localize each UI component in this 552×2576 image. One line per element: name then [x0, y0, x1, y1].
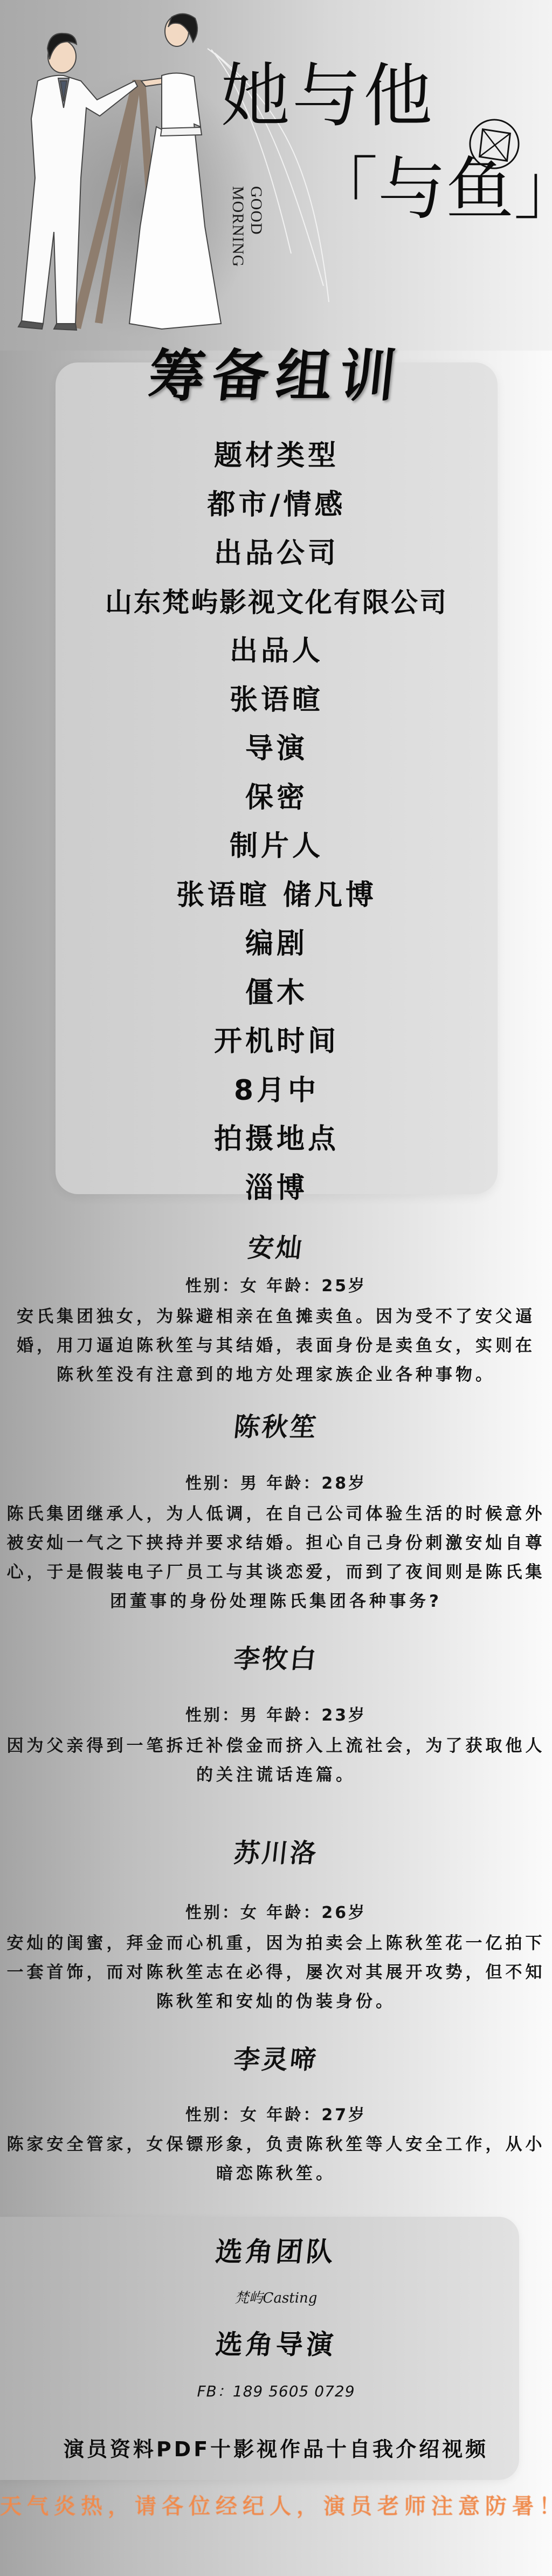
character-name: 李牧白: [0, 1646, 552, 1672]
crew-info-list: 题材类型 都市/情感 出品公司 山东梵屿影视文化有限公司 出品人 张语暄 导演 …: [56, 431, 498, 1212]
description-line: 的关注谎话连篇。: [4, 1760, 548, 1790]
description-line: 安氏集团独女，为躲避相亲在鱼摊卖鱼。因为受不了安父逼: [4, 1302, 548, 1331]
crew-label-line-producer: 制片人: [56, 822, 498, 871]
character-name: 安灿: [0, 1235, 552, 1261]
description-line: 团董事的身份处理陈氏集团各种事务?: [4, 1587, 548, 1616]
good-morning-tagline: GOOD MORNING: [229, 186, 265, 267]
character-card: 安灿 性别：女 年龄：25岁 安氏集团独女，为躲避相亲在鱼摊卖鱼。因为受不了安父…: [0, 1235, 552, 1389]
crew-label-company: 出品公司: [56, 529, 498, 578]
character-meta: 性别：女 年龄：27岁: [0, 2107, 552, 2123]
crew-label-producer: 出品人: [56, 627, 498, 676]
tagline-good: GOOD: [247, 186, 265, 235]
character-description: 陈氏集团继承人，为人低调，在自己公司体验生活的时候意外 被安灿一气之下挟持并要求…: [4, 1499, 548, 1616]
character-card: 李牧白 性别：男 年龄：23岁 因为父亲得到一笔拆迁补偿金而挤入上流社会，为了获…: [0, 1646, 552, 1790]
crew-label-writer: 编剧: [56, 920, 498, 969]
character-card: 苏川洛 性别：女 年龄：26岁 安灿的闺蜜，拜金而心机重，因为拍卖会上陈秋笙花一…: [0, 1840, 552, 2016]
character-card: 李灵啼 性别：女 年龄：27岁 陈家安全管家，女保镖形象，负责陈秋笙等人安全工作…: [0, 2047, 552, 2188]
crew-value-company: 山东梵屿影视文化有限公司: [56, 578, 498, 627]
heat-notice: 天气炎热，请各位经纪人，演员老师注意防暑！: [0, 2496, 552, 2517]
character-description: 安灿的闺蜜，拜金而心机重，因为拍卖会上陈秋笙花一亿拍下 一套首饰，而对陈秋笙志在…: [4, 1929, 548, 2016]
submission-requirements: 演员资料PDF十影视作品十自我介绍视频: [0, 2439, 552, 2459]
crew-heading: 筹备组训: [0, 348, 552, 404]
character-meta: 性别：男 年龄：28岁: [0, 1476, 552, 1492]
crew-value-writer: 僵木: [56, 969, 498, 1018]
character-name: 李灵啼: [0, 2047, 552, 2073]
casting-info: 选角团队 梵屿Casting 选角导演 FB：189 5605 0729 演员资…: [0, 2233, 552, 2459]
crew-value-start-date: 8月中: [56, 1066, 498, 1115]
crew-value-line-producer: 张语暄 储凡博: [56, 871, 498, 920]
description-line: 心，于是假装电子厂员工与其谈恋爱，而到了夜间则是陈氏集: [4, 1558, 548, 1587]
description-line: 陈秋笙和安灿的伪装身份。: [4, 1987, 548, 2016]
character-card: 陈秋笙 性别：男 年龄：28岁 陈氏集团继承人，为人低调，在自己公司体验生活的时…: [0, 1414, 552, 1616]
crew-value-location: 淄博: [56, 1164, 498, 1213]
tagline-morning: MORNING: [229, 186, 247, 267]
character-description: 陈家安全管家，女保镖形象，负责陈秋笙等人安全工作，从小 暗恋陈秋笙。: [4, 2130, 548, 2188]
casting-team-title: 选角团队: [0, 2238, 552, 2265]
hero-banner: 她与他 GOOD MORNING 「与鱼」: [0, 0, 552, 351]
crew-label-director: 导演: [56, 724, 498, 773]
description-line: 暗恋陈秋笙。: [4, 2159, 548, 2188]
casting-team-name: 梵屿Casting: [0, 2291, 552, 2305]
crew-label-genre: 题材类型: [56, 431, 498, 481]
character-description: 因为父亲得到一笔拆迁补偿金而挤入上流社会，为了获取他人 的关注谎话连篇。: [4, 1731, 548, 1790]
description-line: 婚，用刀逼迫陈秋笙与其结婚，表面身份是卖鱼女，实则在: [4, 1331, 548, 1360]
crew-label-location: 拍摄地点: [56, 1115, 498, 1164]
description-line: 一套首饰，而对陈秋笙志在必得，屡次对其展开攻势，但不知: [4, 1958, 548, 1987]
crew-value-genre: 都市/情感: [56, 481, 498, 530]
description-line: 陈秋笙没有注意到的地方处理家族企业各种事物。: [4, 1360, 548, 1389]
description-line: 因为父亲得到一笔拆迁补偿金而挤入上流社会，为了获取他人: [4, 1731, 548, 1760]
casting-director-title: 选角导演: [0, 2331, 552, 2358]
character-meta: 性别：女 年龄：26岁: [0, 1905, 552, 1921]
character-meta: 性别：女 年龄：25岁: [0, 1278, 552, 1294]
character-meta: 性别：男 年龄：23岁: [0, 1708, 552, 1724]
crew-value-producer: 张语暄: [56, 676, 498, 725]
character-description: 安氏集团独女，为躲避相亲在鱼摊卖鱼。因为受不了安父逼 婚，用刀逼迫陈秋笙与其结婚…: [4, 1302, 548, 1389]
bride-figure: [129, 13, 221, 329]
character-name: 陈秋笙: [0, 1414, 552, 1440]
crew-value-director: 保密: [56, 773, 498, 823]
hero-subtitle: 「与鱼」: [310, 156, 552, 224]
description-line: 被安灿一气之下挟持并要求结婚。担心自己身份刺激安灿自尊: [4, 1529, 548, 1558]
description-line: 安灿的闺蜜，拜金而心机重，因为拍卖会上陈秋笙花一亿拍下: [4, 1929, 548, 1958]
crew-label-start-date: 开机时间: [56, 1017, 498, 1066]
description-line: 陈氏集团继承人，为人低调，在自己公司体验生活的时候意外: [4, 1499, 548, 1529]
description-line: 陈家安全管家，女保镖形象，负责陈秋笙等人安全工作，从小: [4, 2130, 548, 2159]
casting-contact[interactable]: FB：189 5605 0729: [0, 2384, 552, 2399]
hero-title: 她与他: [221, 62, 434, 131]
character-name: 苏川洛: [0, 1840, 552, 1866]
